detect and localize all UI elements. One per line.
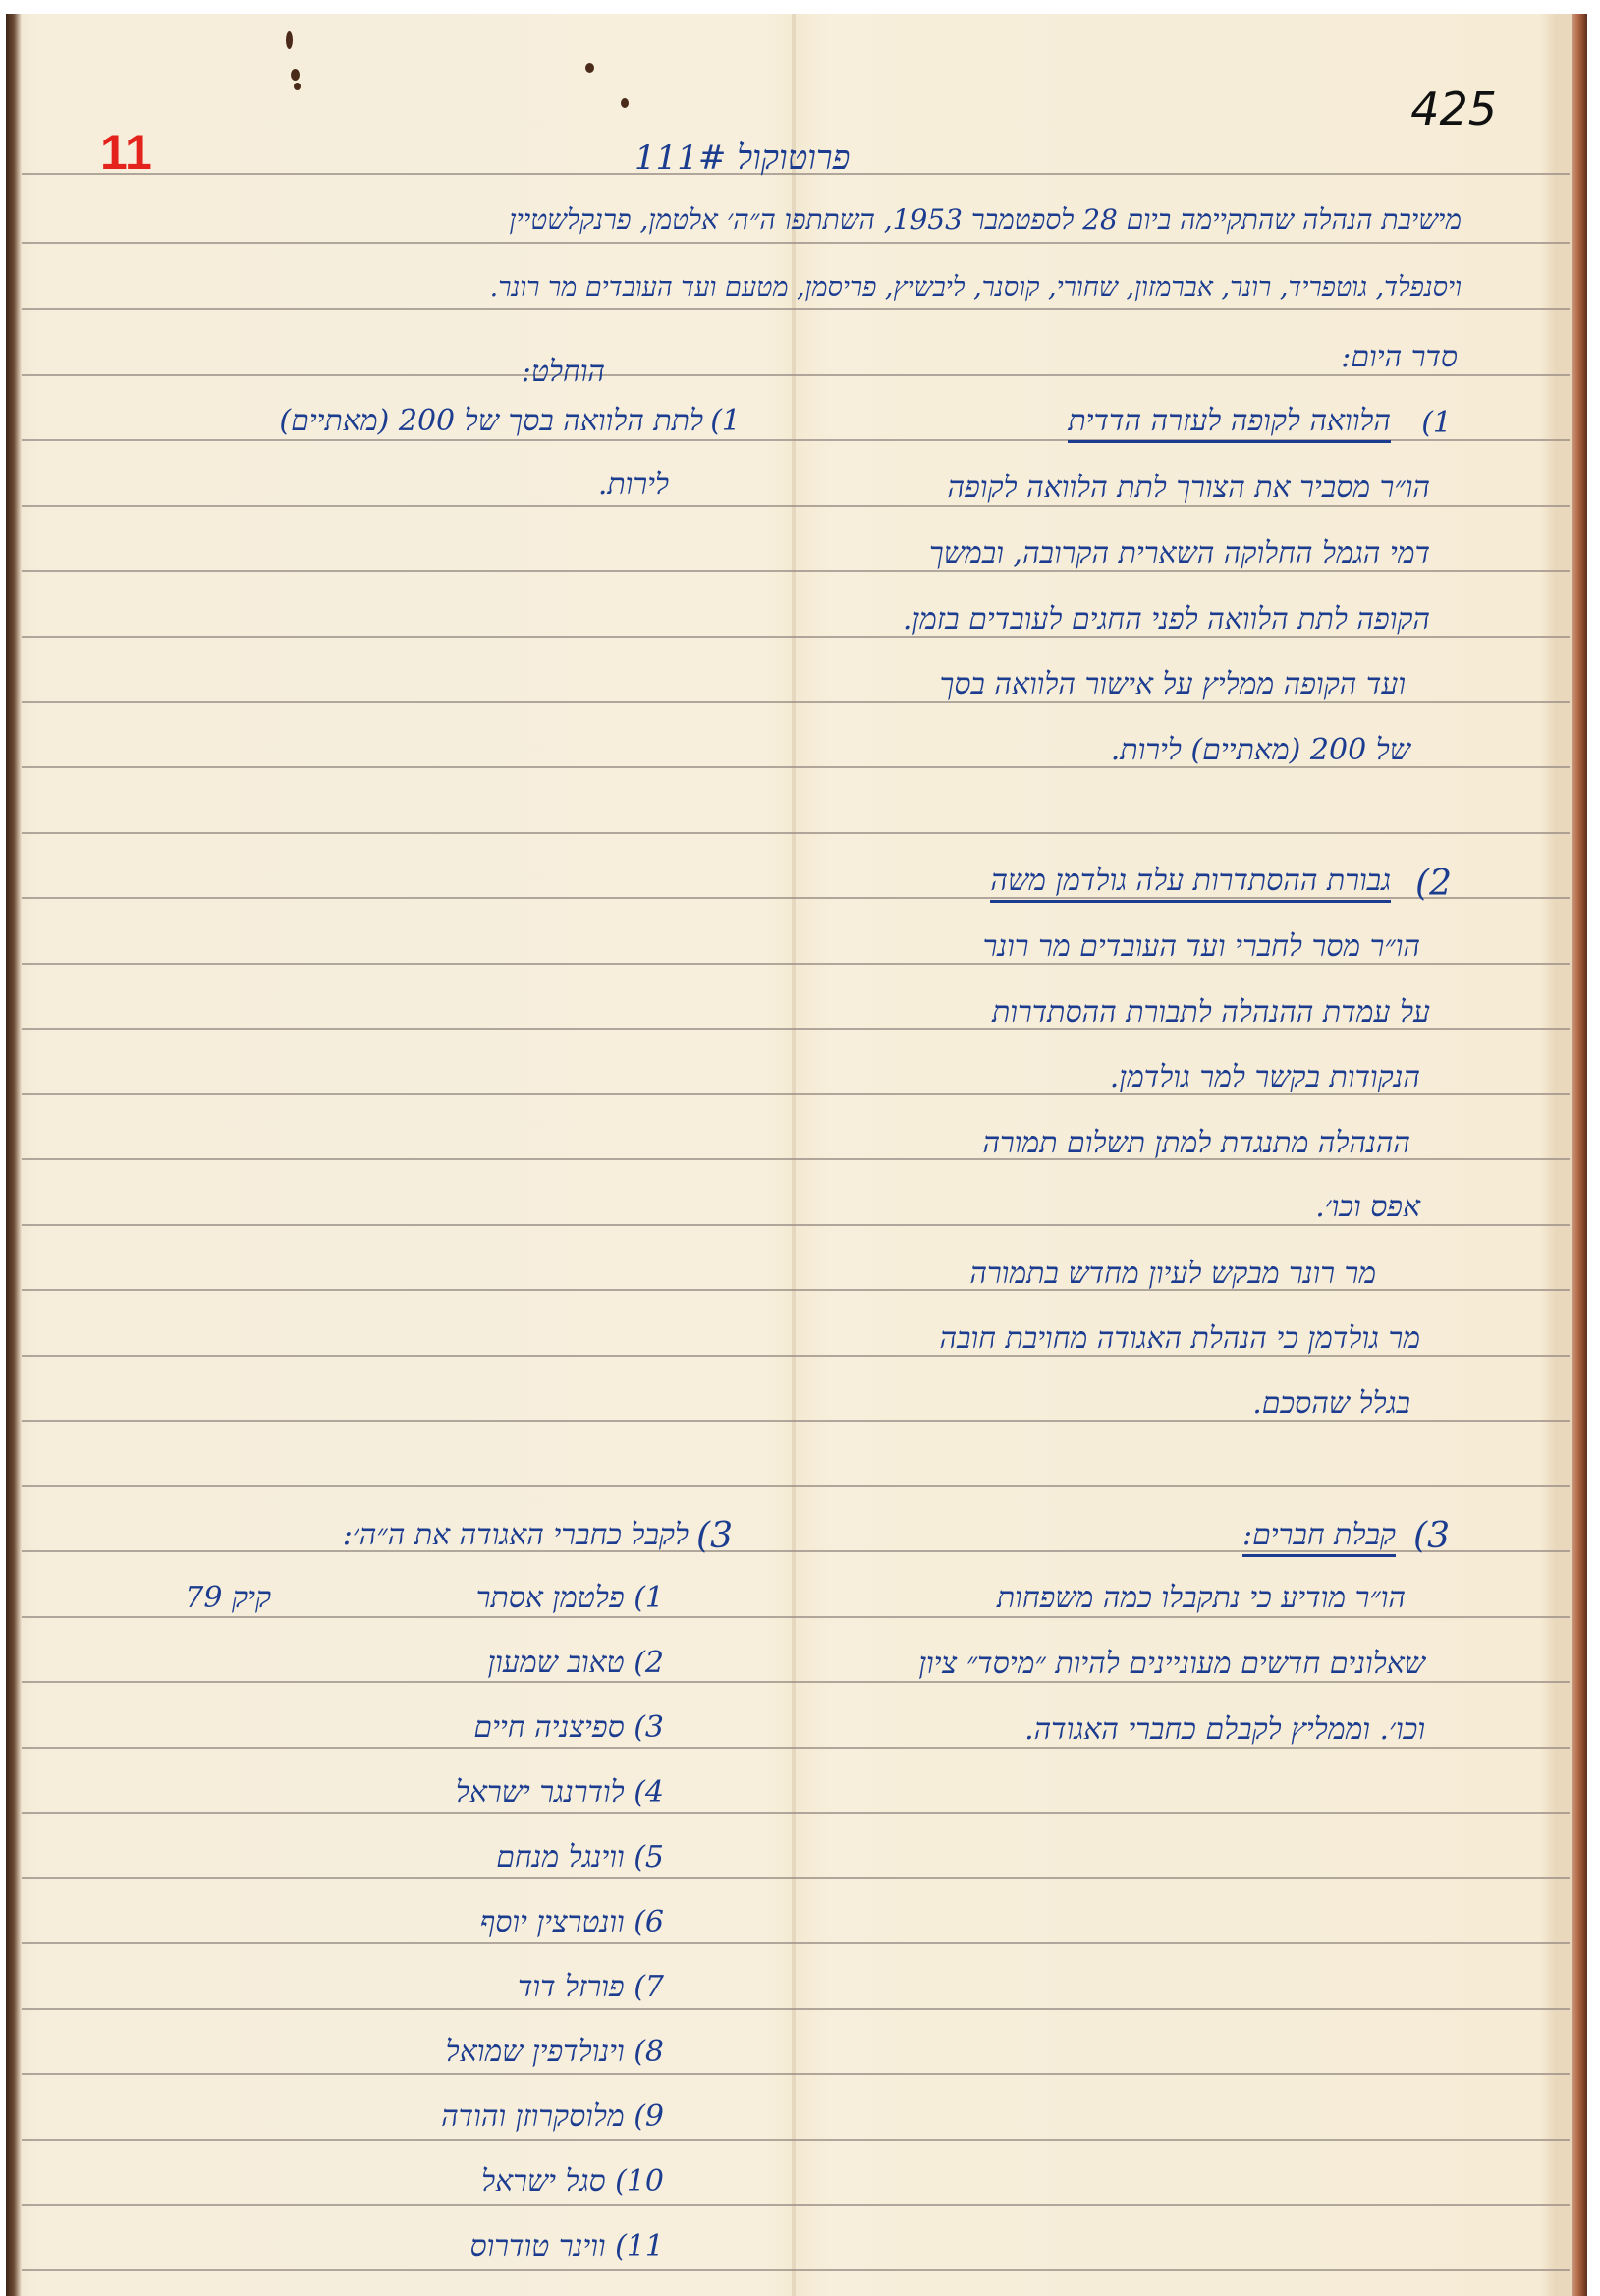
member-number: 9) bbox=[625, 2100, 664, 2134]
agenda-item-heading: הלוואה לקופה לעזרה הדדית bbox=[1068, 407, 1391, 443]
member-number: 11) bbox=[606, 2229, 664, 2264]
agenda-line: הו״ר מודיע כי נתקבלו כמה משפחות bbox=[997, 1584, 1406, 1613]
rule-line bbox=[22, 242, 1570, 244]
right-binding-edge bbox=[1572, 14, 1587, 2296]
member-name: מלוסקרוזן והודה bbox=[441, 2100, 625, 2134]
agenda-line: ההנהלה מתנגדת למתן תשלום תמורה bbox=[982, 1129, 1410, 1158]
page-fold bbox=[792, 14, 796, 2296]
member-name: לודרנגר ישראל bbox=[456, 1775, 625, 1810]
member-name: פורזל דוד bbox=[518, 1970, 625, 2004]
member-name: ספיצניה חיים bbox=[473, 1710, 624, 1745]
member-number-value: 10 bbox=[627, 2164, 664, 2199]
item-number: 2 bbox=[1429, 864, 1452, 904]
member-number: 7) bbox=[625, 1970, 664, 2004]
item-number: 1 bbox=[722, 404, 741, 438]
member-number: 1) bbox=[625, 1581, 664, 1615]
item-number: 1 bbox=[1433, 406, 1452, 440]
ink-stain bbox=[291, 69, 300, 81]
member-number-value: 1 bbox=[645, 1581, 664, 1615]
ink-stain bbox=[286, 31, 293, 49]
member-number: 2) bbox=[625, 1646, 664, 1680]
member-name: סגל ישראל bbox=[481, 2164, 605, 2199]
member-row: 4) לודרנגר ישראל bbox=[456, 1778, 664, 1808]
intro-line-1: מישיבת הנהלה שהתקיימה ביום 28 לספטמבר 19… bbox=[509, 206, 1462, 234]
protocol-title: פרוטוקול 111# bbox=[634, 141, 850, 175]
agenda-line: וכו׳. וממליץ לקבלם כחברי האגודה. bbox=[1024, 1715, 1425, 1745]
member-name: טאוב שמעון bbox=[488, 1646, 625, 1680]
rule-line bbox=[22, 2008, 1570, 2010]
member-number: 4) bbox=[625, 1775, 664, 1810]
rule-line bbox=[22, 1681, 1570, 1683]
member-number: 10) bbox=[606, 2164, 664, 2199]
agenda-line: על עמדת ההנהלה לתבורת ההסתדרות bbox=[992, 998, 1430, 1028]
member-number: 8) bbox=[625, 2035, 664, 2069]
document-index-marker: 11 bbox=[100, 124, 152, 181]
member-number: 3) bbox=[625, 1710, 664, 1745]
rule-line bbox=[22, 1877, 1570, 1879]
agenda-line: אפס וכו׳. bbox=[1315, 1193, 1420, 1222]
agenda-line: הקופה לתת הלוואה לפני החגים לעובדים בזמן… bbox=[903, 605, 1430, 635]
item-number: 3 bbox=[1427, 1516, 1450, 1556]
rule-line bbox=[22, 1485, 1570, 1487]
member-name: פלטמן אסתר bbox=[476, 1581, 625, 1615]
rule-line bbox=[22, 2269, 1570, 2271]
agenda-line: מר רונר מבקש לעיון מחדש בתמורה bbox=[969, 1260, 1376, 1289]
rule-line bbox=[22, 1616, 1570, 1618]
member-number-value: 4 bbox=[645, 1775, 664, 1810]
agenda-line: שאלונים חדשים מעוניינים להיות ״מיסד״ ציו… bbox=[918, 1650, 1425, 1679]
member-number-value: 6 bbox=[645, 1905, 664, 1939]
rule-line bbox=[22, 374, 1570, 376]
decision-line: לירות. bbox=[598, 471, 669, 500]
agenda-item-heading: גבורת ההסתדרות עלה גולדמן משה bbox=[990, 867, 1391, 903]
member-number-value: 5 bbox=[645, 1840, 664, 1875]
agenda-item-number: 1) bbox=[1421, 409, 1452, 438]
decision-number: 1) bbox=[710, 407, 741, 436]
rule-line bbox=[22, 2073, 1570, 2075]
agenda-item-number: 3) bbox=[1413, 1519, 1450, 1554]
member-row: 3) ספיצניה חיים bbox=[473, 1713, 664, 1743]
decision-line: לתת הלוואה בסך של 200 (מאתיים) bbox=[279, 407, 703, 436]
member-name: ווינר טודרוס bbox=[470, 2229, 606, 2264]
member-number-value: 9 bbox=[645, 2100, 664, 2134]
agenda-line: הו״ר מסביר את הצורך לתת הלוואה לקופה bbox=[948, 474, 1430, 503]
rule-line bbox=[22, 1747, 1570, 1749]
member-number: 6) bbox=[625, 1905, 664, 1939]
rule-line bbox=[22, 505, 1570, 507]
agenda-line: הו״ר מסר לחברי ועד העובדים מר רונר bbox=[983, 932, 1420, 962]
ink-stain bbox=[294, 83, 301, 90]
ink-stain bbox=[621, 98, 629, 108]
member-row: 5) ווינגל מנחם bbox=[496, 1843, 664, 1873]
member-name: וינולדפין שמואל bbox=[446, 2035, 625, 2069]
member-number: 5) bbox=[625, 1840, 664, 1875]
member-row: 8) וינולדפין שמואל bbox=[446, 2038, 664, 2067]
agenda-item-heading: קבלת חברים: bbox=[1242, 1521, 1396, 1557]
agenda-line: הנקודות בקשר למר גולדמן. bbox=[1110, 1063, 1420, 1092]
item-number: 3 bbox=[710, 1516, 733, 1556]
agenda-line: ועד הקופה ממליץ על אישור הלוואה בסך bbox=[940, 670, 1406, 700]
member-row: 7) פורזל דוד bbox=[518, 1973, 664, 2002]
member-name: וונטרצין יוסף bbox=[480, 1905, 625, 1939]
decisions-label: הוחלט: bbox=[522, 358, 605, 387]
member-number-value: 2 bbox=[645, 1646, 664, 1680]
member-number-value: 8 bbox=[645, 2035, 664, 2069]
member-row: 6) וונטרצין יוסף bbox=[480, 1908, 664, 1937]
agenda-item-number: 2) bbox=[1415, 867, 1452, 902]
agenda-label: סדר היום: bbox=[1341, 343, 1458, 372]
member-row: 2) טאוב שמעון bbox=[488, 1649, 664, 1678]
rule-line bbox=[22, 2139, 1570, 2141]
rule-line bbox=[22, 701, 1570, 703]
left-binding-edge bbox=[6, 14, 22, 2296]
agenda-line: מר גולדמן כי הנהלת האגודה מחויבת חובה bbox=[939, 1324, 1420, 1354]
member-number-value: 3 bbox=[645, 1710, 664, 1745]
member-name: ווינגל מנחם bbox=[496, 1840, 624, 1875]
intro-line-2: ויסנפלד, גוטפריד, רונר, אברמזון, שחורי, … bbox=[490, 274, 1462, 301]
member-note: קיק 79 bbox=[185, 1584, 271, 1613]
agenda-line: בגלל שהסכם. bbox=[1252, 1389, 1410, 1419]
ledger-page: 11 425 פרוטוקול 111# מישיבת הנהלה שהתקיי… bbox=[6, 14, 1587, 2296]
agenda-line: דמי הגמל החלוקה השארית הקרובה, ובמשך bbox=[929, 539, 1430, 569]
agenda-line: של 200 (מאתיים) לירות. bbox=[1111, 736, 1410, 765]
member-row: 1) פלטמן אסתר bbox=[476, 1584, 664, 1613]
member-row: 10) סגל ישראל bbox=[481, 2167, 664, 2197]
rule-line bbox=[22, 2204, 1570, 2206]
ink-stain bbox=[585, 63, 594, 73]
member-row: 9) מלוסקרוזן והודה bbox=[441, 2102, 664, 2132]
rule-line bbox=[22, 1942, 1570, 1944]
decision-heading: לקבל כחברי האגודה את ה״ה׳: bbox=[343, 1521, 689, 1550]
page-number: 425 bbox=[1410, 83, 1497, 136]
rule-line bbox=[22, 832, 1570, 834]
rule-line bbox=[22, 308, 1570, 310]
member-number-value: 11 bbox=[627, 2229, 664, 2264]
decision-number: 3) bbox=[696, 1519, 733, 1554]
rule-line bbox=[22, 1812, 1570, 1814]
rule-line bbox=[22, 1224, 1570, 1226]
member-number-value: 7 bbox=[645, 1970, 664, 2004]
member-row: 11) ווינר טודרוס bbox=[470, 2232, 664, 2262]
